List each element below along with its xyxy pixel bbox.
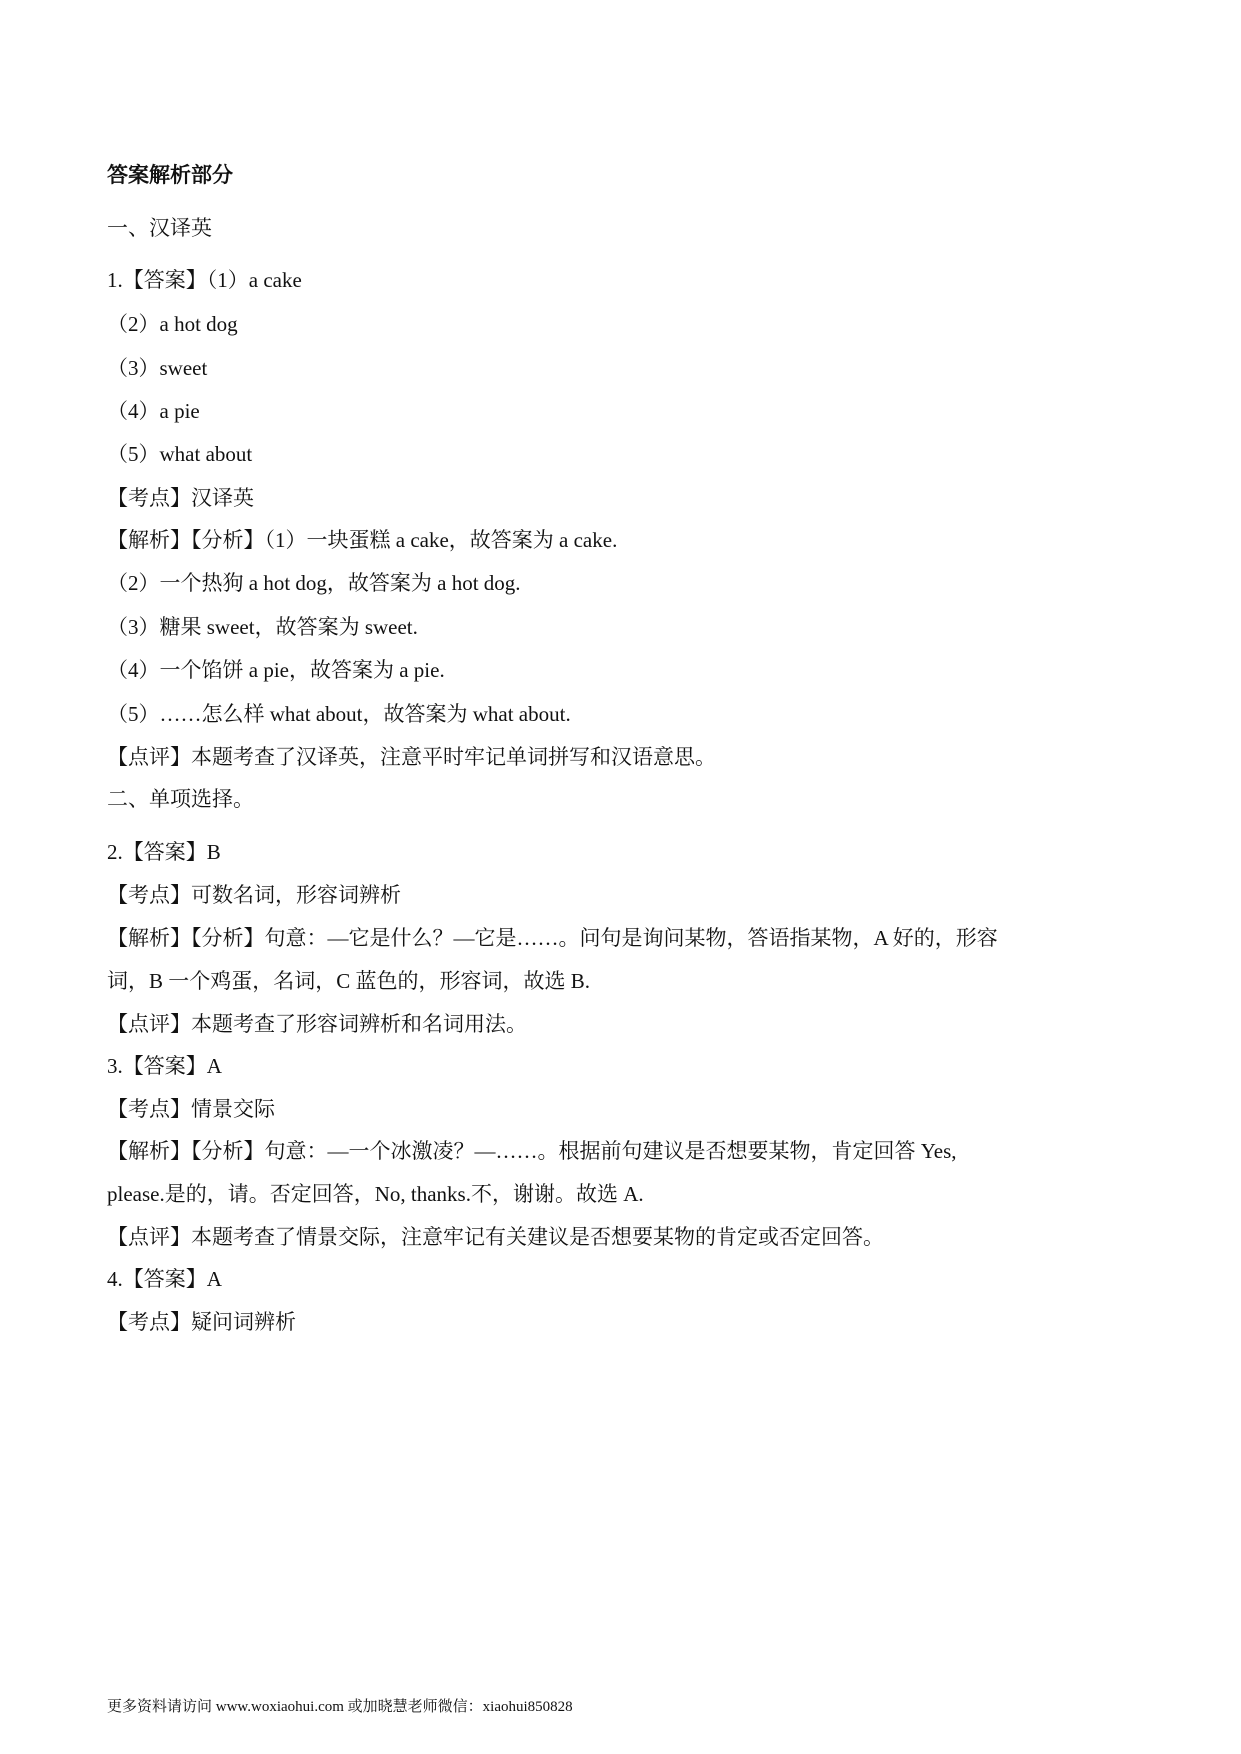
- page-footer: 更多资料请访问 www.woxiaohui.com 或加晓慧老师微信：xiaoh…: [107, 1697, 573, 1717]
- document-title: 答案解析部分: [107, 161, 233, 189]
- answer-line: （5）what about: [107, 440, 252, 468]
- analysis-line: （2）一个热狗 a hot dog，故答案为 a hot dog.: [107, 569, 521, 597]
- analysis-line: 词，B 一个鸡蛋，名词，C 蓝色的，形容词，故选 B.: [107, 967, 590, 995]
- answer-line: 2.【答案】B: [107, 838, 221, 866]
- analysis-line: 【解析】【分析】句意：—一个冰激凌？—……。根据前句建议是否想要某物，肯定回答 …: [107, 1137, 957, 1165]
- answer-line: （3）sweet: [107, 354, 207, 382]
- section-heading: 二、单项选择。: [107, 785, 254, 813]
- answer-line: 3.【答案】A: [107, 1052, 222, 1080]
- analysis-line: please.是的，请。否定回答，No, thanks.不，谢谢。故选 A.: [107, 1180, 644, 1208]
- analysis-line: （5）……怎么样 what about，故答案为 what about.: [107, 700, 571, 728]
- answer-line: 1.【答案】（1）a cake: [107, 266, 302, 294]
- analysis-line: （4）一个馅饼 a pie，故答案为 a pie.: [107, 656, 445, 684]
- analysis-line: 【解析】【分析】（1）一块蛋糕 a cake，故答案为 a cake.: [107, 526, 617, 554]
- comment-line: 【点评】本题考查了形容词辨析和名词用法。: [107, 1010, 527, 1038]
- comment-line: 【点评】本题考查了汉译英，注意平时牢记单词拼写和汉语意思。: [107, 743, 716, 771]
- answer-line: （4）a pie: [107, 397, 200, 425]
- topic-line: 【考点】汉译英: [107, 484, 254, 512]
- answer-line: （2）a hot dog: [107, 310, 238, 338]
- topic-line: 【考点】可数名词，形容词辨析: [107, 881, 401, 909]
- section-heading: 一、汉译英: [107, 214, 212, 242]
- topic-line: 【考点】疑问词辨析: [107, 1308, 296, 1336]
- analysis-line: （3）糖果 sweet，故答案为 sweet.: [107, 613, 418, 641]
- analysis-line: 【解析】【分析】句意：—它是什么？—它是……。问句是询问某物，答语指某物，A 好…: [107, 924, 998, 952]
- topic-line: 【考点】情景交际: [107, 1095, 275, 1123]
- answer-line: 4.【答案】A: [107, 1265, 222, 1293]
- comment-line: 【点评】本题考查了情景交际，注意牢记有关建议是否想要某物的肯定或否定回答。: [107, 1223, 884, 1251]
